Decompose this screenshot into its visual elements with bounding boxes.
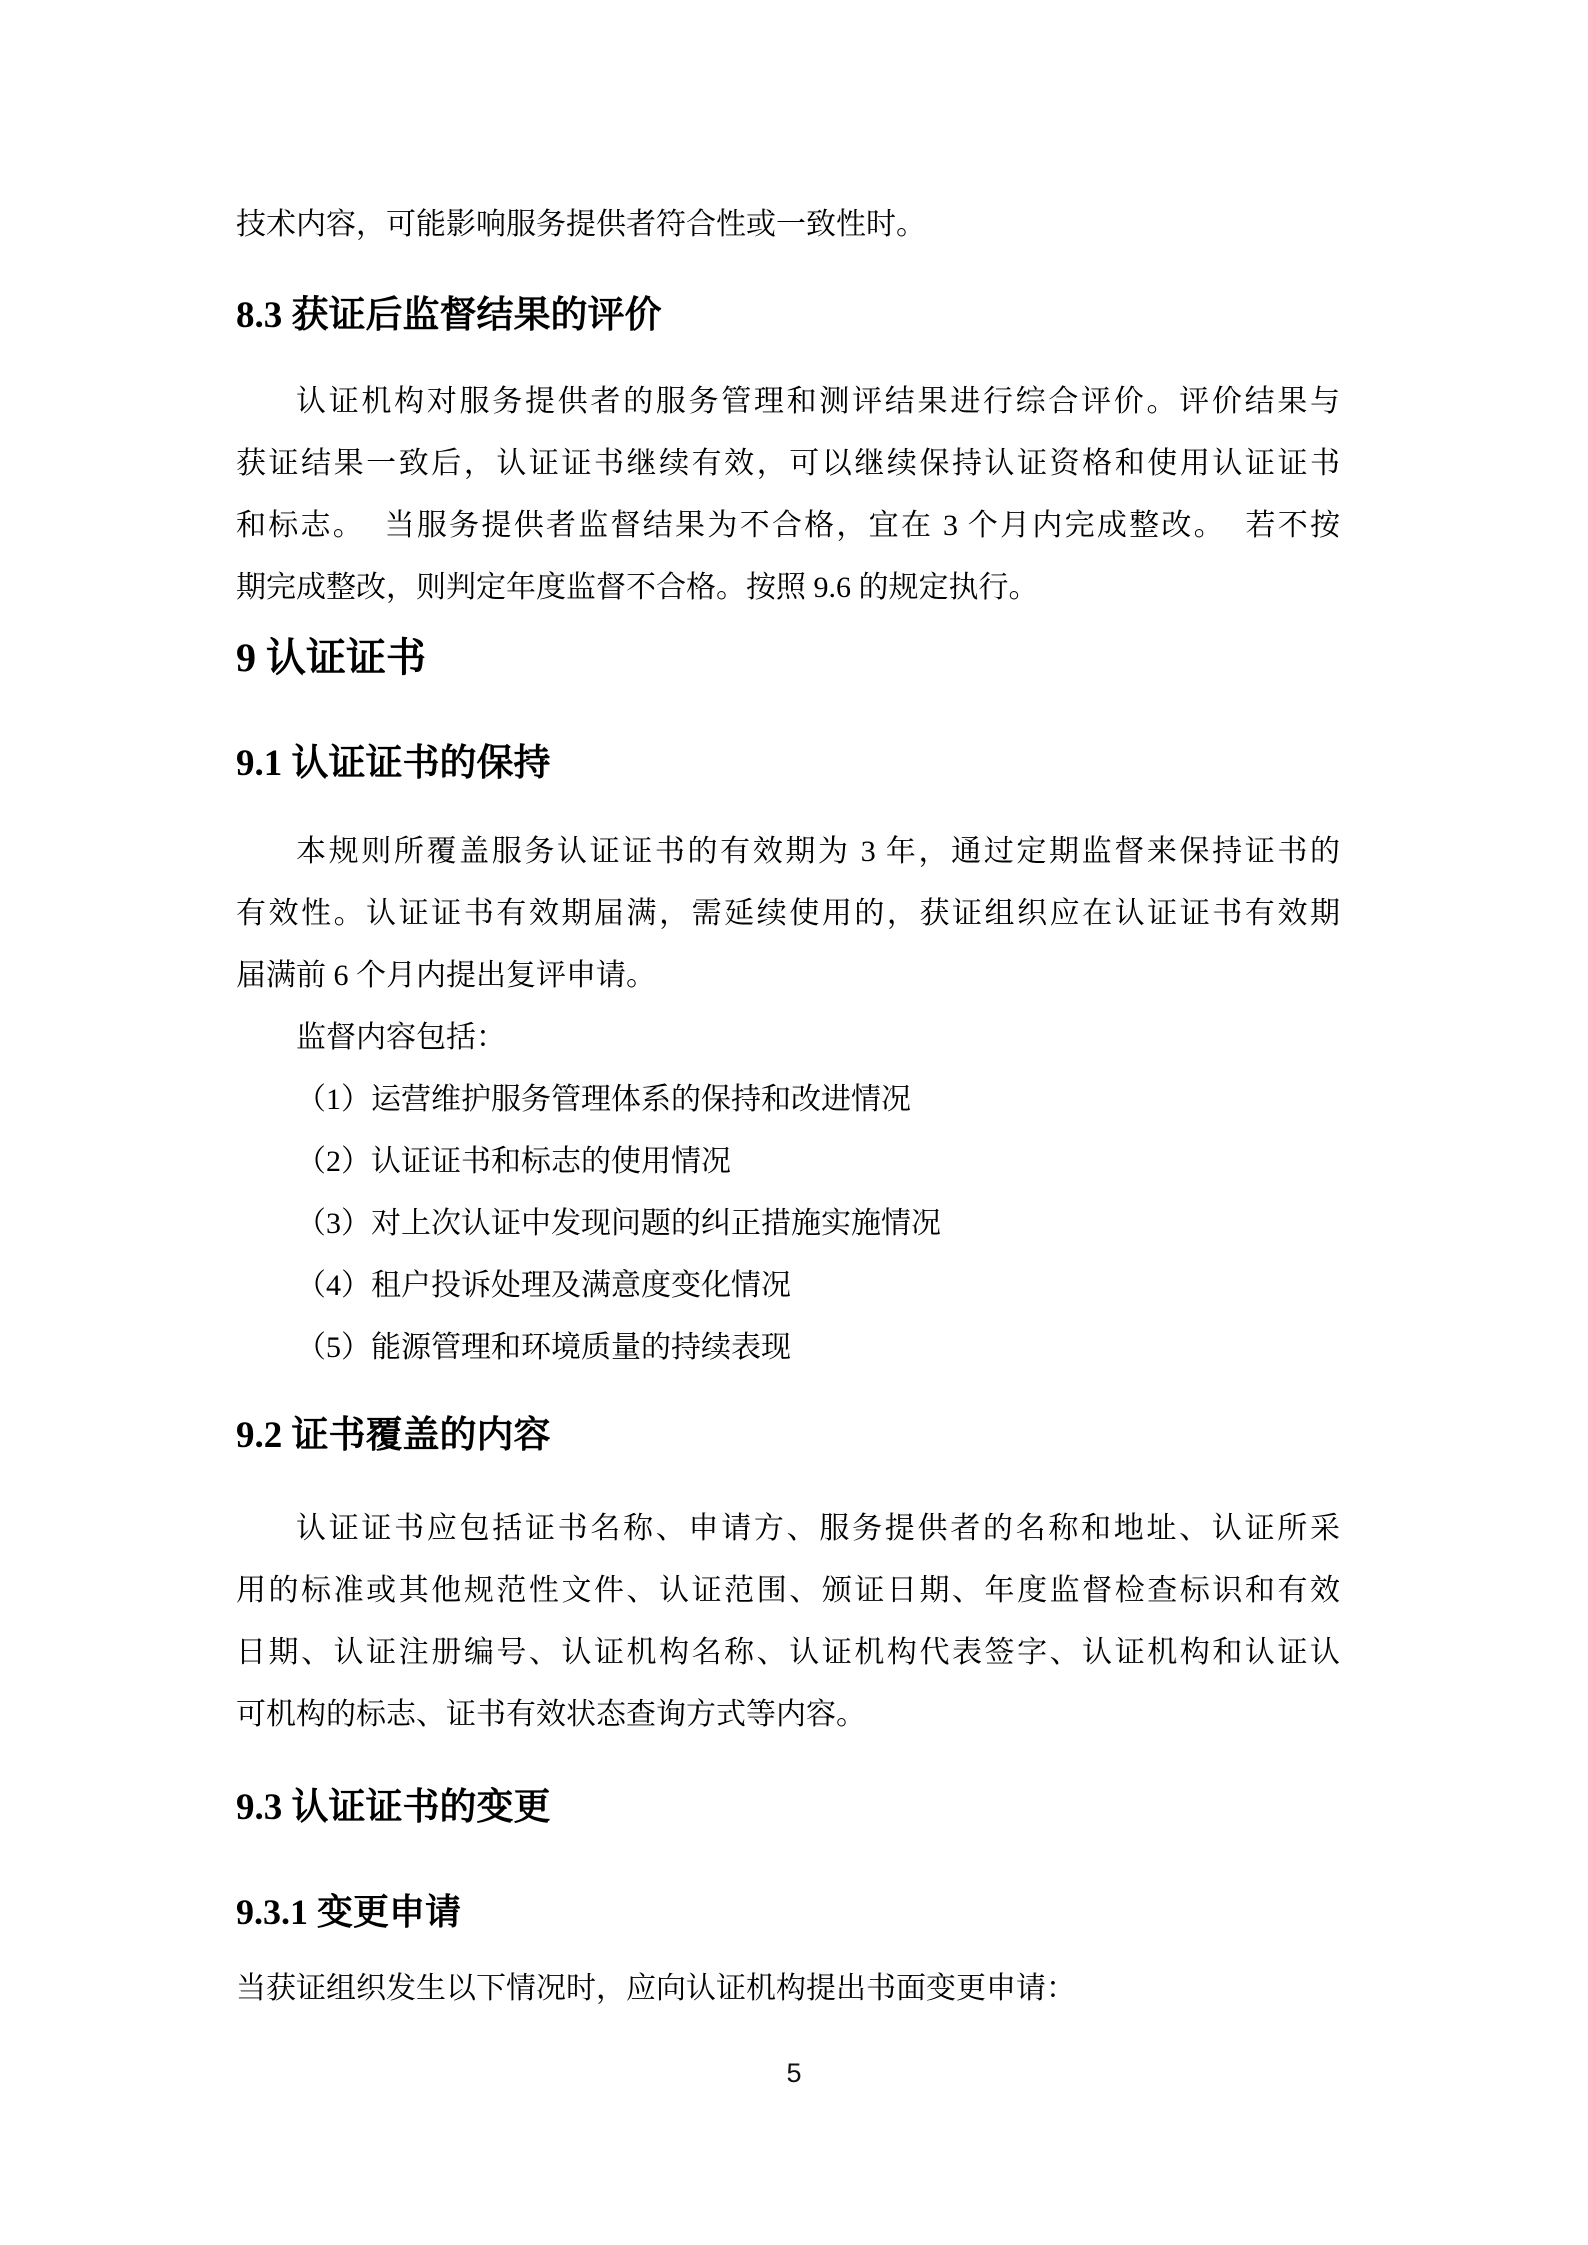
heading-9-2: 9.2 证书覆盖的内容 bbox=[236, 1413, 1340, 1459]
body-line: 获证结果一致后，认证证书继续有效，可以继续保持认证资格和使用认证证书 bbox=[236, 433, 1340, 495]
list-item: （5）能源管理和环境质量的持续表现 bbox=[236, 1317, 1340, 1379]
body-line: 和标志。 当服务提供者监督结果为不合格，宜在 3 个月内完成整改。 若不按 bbox=[236, 495, 1340, 557]
page-content: 技术内容，可能影响服务提供者符合性或一致性时。 8.3 获证后监督结果的评价 认… bbox=[236, 194, 1340, 2020]
list-item: （2）认证证书和标志的使用情况 bbox=[236, 1131, 1340, 1193]
body-line: 用的标准或其他规范性文件、认证范围、颁证日期、年度监督检查标识和有效 bbox=[236, 1560, 1340, 1622]
body-line: 本规则所覆盖服务认证证书的有效期为 3 年，通过定期监督来保持证书的 bbox=[236, 821, 1340, 883]
body-line: 技术内容，可能影响服务提供者符合性或一致性时。 bbox=[236, 194, 1340, 256]
list-item: （1）运营维护服务管理体系的保持和改进情况 bbox=[236, 1069, 1340, 1131]
body-line: 可机构的标志、证书有效状态查询方式等内容。 bbox=[236, 1684, 1340, 1746]
body-line: 日期、认证注册编号、认证机构名称、认证机构代表签字、认证机构和认证认 bbox=[236, 1622, 1340, 1684]
document-page: 技术内容，可能影响服务提供者符合性或一致性时。 8.3 获证后监督结果的评价 认… bbox=[0, 0, 1588, 2245]
heading-9-1: 9.1 认证证书的保持 bbox=[236, 741, 1340, 787]
body-line: 认证证书应包括证书名称、申请方、服务提供者的名称和地址、认证所采 bbox=[236, 1498, 1340, 1560]
list-item: （4）租户投诉处理及满意度变化情况 bbox=[236, 1255, 1340, 1317]
list-item: （3）对上次认证中发现问题的纠正措施实施情况 bbox=[236, 1193, 1340, 1255]
heading-9: 9 认证证书 bbox=[236, 633, 1340, 683]
heading-9-3-1: 9.3.1 变更申请 bbox=[236, 1889, 1340, 1935]
paragraph-8-3: 认证机构对服务提供者的服务管理和测评结果进行综合评价。评价结果与 获证结果一致后… bbox=[236, 371, 1340, 619]
body-line: 届满前 6 个月内提出复评申请。 bbox=[236, 945, 1340, 1007]
paragraph-9-1: 本规则所覆盖服务认证证书的有效期为 3 年，通过定期监督来保持证书的 有效性。认… bbox=[236, 821, 1340, 1007]
body-line: 期完成整改，则判定年度监督不合格。按照 9.6 的规定执行。 bbox=[236, 557, 1340, 619]
heading-8-3: 8.3 获证后监督结果的评价 bbox=[236, 293, 1340, 339]
body-line: 认证机构对服务提供者的服务管理和测评结果进行综合评价。评价结果与 bbox=[236, 371, 1340, 433]
heading-9-3: 9.3 认证证书的变更 bbox=[236, 1785, 1340, 1831]
paragraph-9-2: 认证证书应包括证书名称、申请方、服务提供者的名称和地址、认证所采 用的标准或其他… bbox=[236, 1498, 1340, 1746]
body-line: 有效性。认证证书有效期届满，需延续使用的，获证组织应在认证证书有效期 bbox=[236, 883, 1340, 945]
supervision-list: （1）运营维护服务管理体系的保持和改进情况 （2）认证证书和标志的使用情况 （3… bbox=[236, 1069, 1340, 1379]
supervision-intro-line: 监督内容包括： bbox=[236, 1007, 1340, 1069]
body-line: 当获证组织发生以下情况时，应向认证机构提出书面变更申请： bbox=[236, 1958, 1340, 2020]
page-number: 5 bbox=[0, 2056, 1588, 2090]
